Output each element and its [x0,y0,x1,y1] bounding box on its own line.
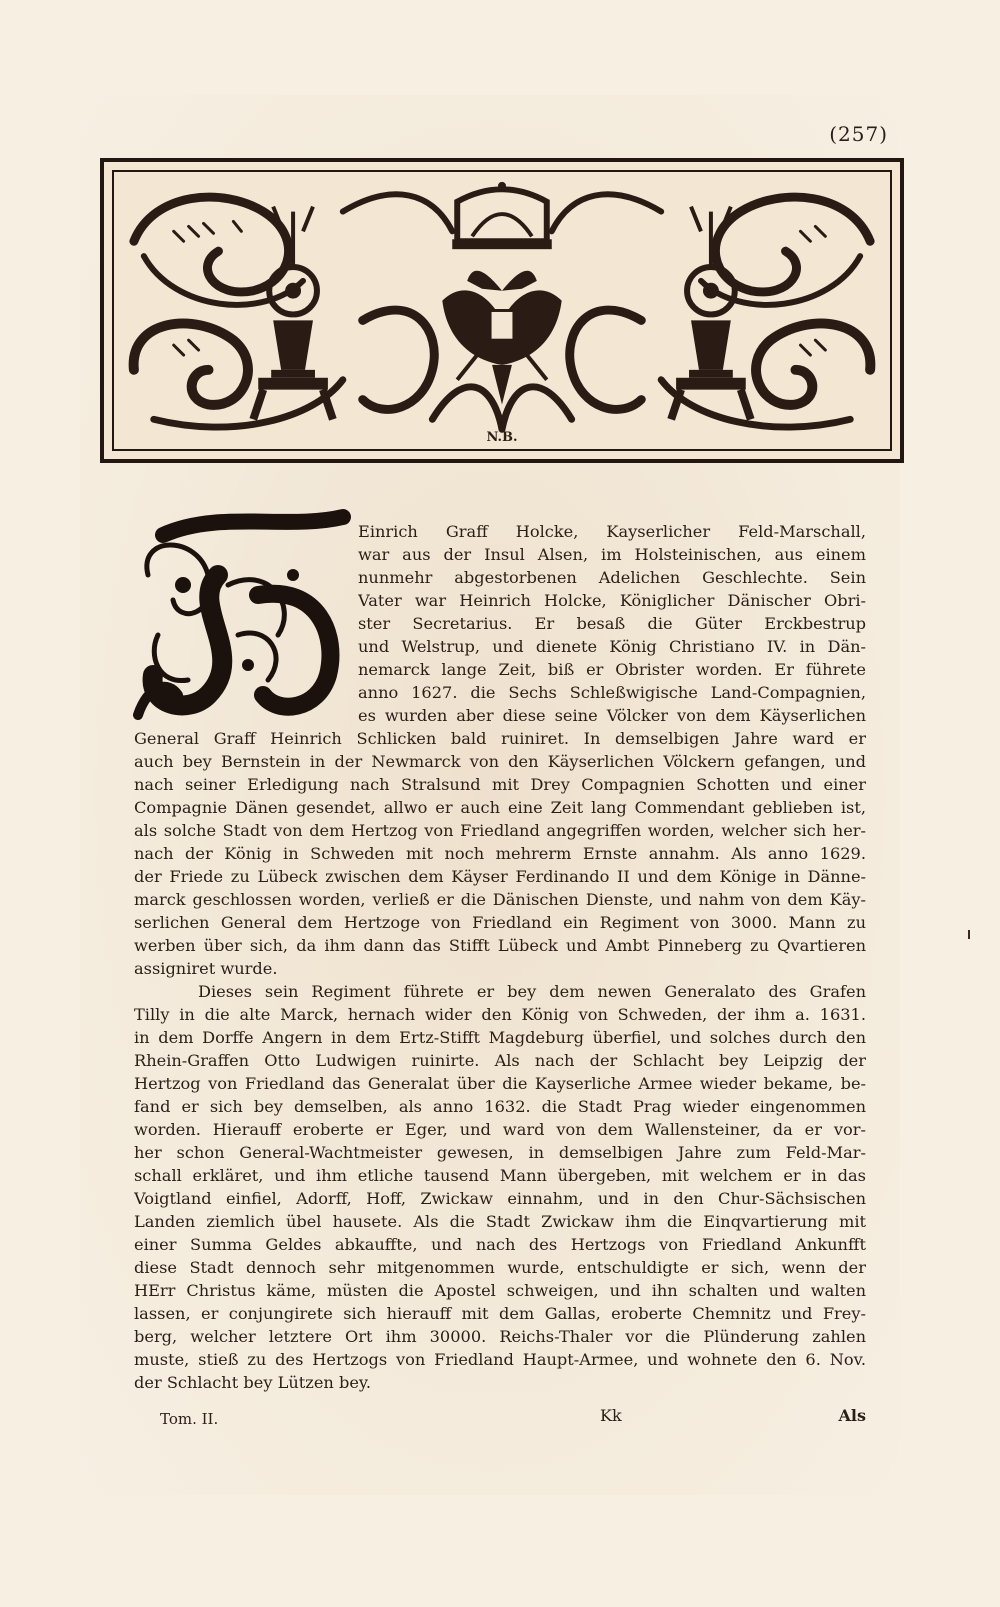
text-line: worden. Hierauff eroberte er Eger, und w… [134,1118,866,1141]
text-line: in dem Dorffe Angern in dem Ertz-Stifft … [134,1026,866,1049]
text-line: einer Summa Geldes abkauffte, und nach d… [134,1233,866,1256]
engraver-signature: N.B. [486,430,517,445]
text-line: Hertzog von Friedland das Generalat über… [134,1072,866,1095]
text-line: anno 1627. die Sechs Schleßwigische Land… [358,681,866,704]
text-line: Rhein-Graffen Otto Ludwigen ruinirte. Al… [134,1049,866,1072]
headpiece-inner-frame: N.B. [112,170,892,451]
text-line: es wurden aber diese seine Völcker von d… [358,704,866,727]
page-footer: Tom. II. Kk Als [160,1410,866,1434]
text-line: der Friede zu Lübeck zwischen dem Käyser… [134,865,866,888]
text-line: Tilly in die alte Marck, hernach wider d… [134,1003,866,1026]
text-line: werben über sich, da ihm dann das Stifft… [134,934,866,957]
text-line: Vater war Heinrich Holcke, Königlicher D… [358,589,866,612]
text-line: General Graff Heinrich Schlicken bald ru… [134,727,866,750]
text-line: und Welstrup, und dienete König Christia… [358,635,866,658]
text-line: nemarck lange Zeit, biß er Obrister word… [358,658,866,681]
text-line: Compagnie Dänen gesendet, allwo er auch … [134,796,866,819]
text-line: berg, welcher letztere Ort ihm 30000. Re… [134,1325,866,1348]
text-line: als solche Stadt von dem Hertzog von Fri… [134,819,866,842]
text-line: Dieses sein Regiment führete er bey dem … [134,980,866,1003]
acanthus-scroll-icon [114,172,890,449]
text-line: Landen ziemlich übel hausete. Als die St… [134,1210,866,1233]
text-line: diese Stadt dennoch sehr mitgenommen wur… [134,1256,866,1279]
crown-icon [452,182,551,249]
text-line: HErr Christus käme, müsten die Apostel s… [134,1279,866,1302]
page-number: (257) [829,122,888,146]
text-line: ster Secretarius. Er besaß die Güter Erc… [358,612,866,635]
ink-speck [968,930,970,939]
text-line: fand er sich bey demselben, als anno 163… [134,1095,866,1118]
text-line: muste, stieß zu des Hertzogs von Friedla… [134,1348,866,1371]
text-line: auch bey Bernstein in der Newmarck von d… [134,750,866,773]
text-line: Voigtland einfiel, Adorff, Hoff, Zwickaw… [134,1187,866,1210]
volume-label: Tom. II. [160,1410,218,1428]
text-line: assigniret wurde. [134,957,866,980]
text-line: nunmehr abgestorbenen Adelichen Geschlec… [358,566,866,589]
signature-mark: Kk [600,1406,622,1425]
text-line: war aus der Insul Alsen, im Holsteinisch… [358,543,866,566]
double-headed-eagle-icon [442,271,561,405]
text-line: schall erkläret, und ihm etliche tausend… [134,1164,866,1187]
text-line: Einrich Graff Holcke, Kayserlicher Feld-… [358,520,866,543]
text-line: nach der König in Schweden mit noch mehr… [134,842,866,865]
text-line: nach seiner Erledigung nach Stralsund mi… [134,773,866,796]
body-text: Einrich Graff Holcke, Kayserlicher Feld-… [134,520,866,1394]
ornamental-headpiece: N.B. [100,158,904,463]
text-line: lassen, er conjungirete sich hierauff mi… [134,1302,866,1325]
text-line: marck geschlossen worden, verließ er die… [134,888,866,911]
text-line: her schon General-Wachtmeister gewesen, … [134,1141,866,1164]
catchword: Als [839,1406,867,1425]
text-line: serlichen General dem Hertzoge von Fried… [134,911,866,934]
text-line: der Schlacht bey Lützen bey. [134,1371,866,1394]
